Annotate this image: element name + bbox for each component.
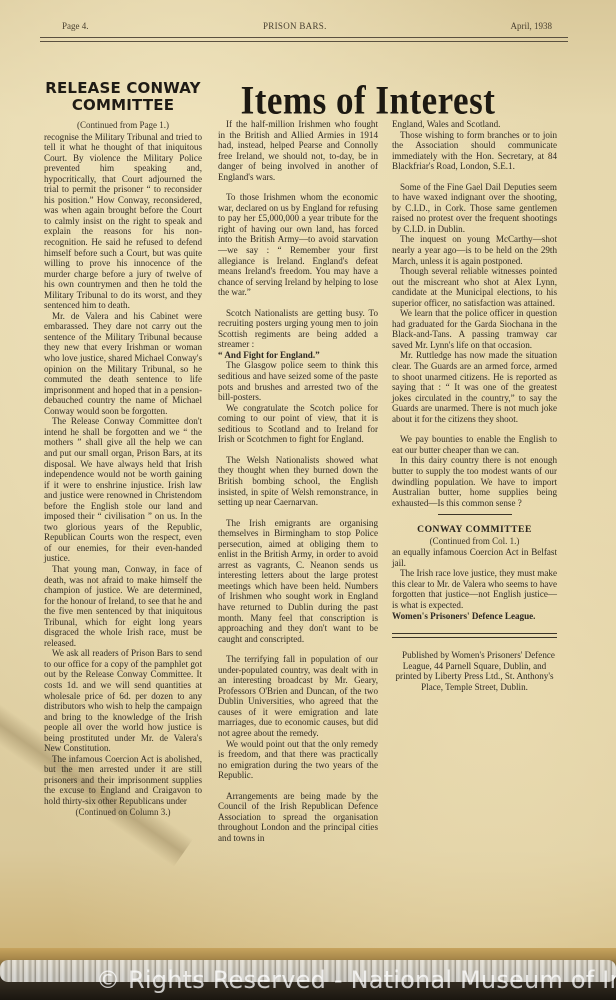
paragraph: We learn that the police officer in ques… (392, 308, 557, 350)
printer-imprint: Published by Women's Prisoners' Defence … (392, 650, 557, 692)
paragraph: The Release Conway Committee don't inten… (44, 416, 202, 564)
paragraph: The Irish emigrants are organising thems… (218, 518, 378, 645)
continued-on-note: (Continued on Column 3.) (44, 807, 202, 818)
column-2: If the half-million Irishmen who fought … (218, 119, 378, 843)
paragraph: Some of the Fine Gael Dail Deputies seem… (392, 182, 557, 235)
paragraph: The Irish race love justice, they must m… (392, 568, 557, 610)
paragraph: That young man, Conway, in face of death… (44, 564, 202, 648)
continuation-headline: CONWAY COMMITTEE (392, 525, 557, 536)
paragraph: Scotch Nationalists are getting busy. To… (218, 308, 378, 350)
column-1: (Continued from Page 1.) recognise the M… (44, 120, 202, 818)
paragraph: In this dairy country there is not enoug… (392, 455, 557, 508)
paragraph: We would point out that the only remedy … (218, 739, 378, 781)
paragraph: We pay bounties to enable the English to… (392, 434, 557, 455)
issue-date: April, 1938 (511, 21, 553, 31)
running-head: Page 4. PRISON BARS. April, 1938 (40, 21, 560, 35)
continued-from-note: (Continued from Page 1.) (44, 120, 202, 131)
column-3: England, Wales and Scotland. Those wishi… (392, 119, 557, 692)
main-article-headline: Items of Interest (218, 80, 518, 121)
paragraph: The inquest on young McCarthy—shot nearl… (392, 234, 557, 266)
paragraph: To those Irishmen whom the economic war,… (218, 192, 378, 297)
paragraph: England, Wales and Scotland. (392, 119, 557, 130)
imprint-divider (392, 633, 557, 638)
paragraph: Mr. de Valera and his Cabinet were embar… (44, 311, 202, 416)
paragraph: If the half-million Irishmen who fought … (218, 119, 378, 182)
paragraph: The terrifying fall in population of our… (218, 654, 378, 738)
section-divider (438, 514, 512, 515)
publication-title: PRISON BARS. (263, 21, 327, 31)
paragraph: The Glasgow police seem to think this se… (218, 360, 378, 402)
paragraph: The infamous Coercion Act is abolished, … (44, 754, 202, 807)
paragraph: an equally infamous Coercion Act in Belf… (392, 547, 557, 568)
paragraph: recognise the Military Tribunal and trie… (44, 132, 202, 311)
continued-from-note: (Continued from Col. 1.) (392, 536, 557, 547)
paragraph: Those wishing to form branches or to joi… (392, 130, 557, 172)
paragraph: Mr. Ruttledge has now made the situation… (392, 350, 557, 424)
copyright-watermark: © Rights Reserved - National Museum of I… (0, 966, 616, 994)
left-article-headline: RELEASE CONWAY COMMITTEE (44, 80, 202, 114)
paragraph: Arrangements are being made by the Counc… (218, 791, 378, 844)
signature: Women's Prisoners' Defence League. (392, 611, 557, 622)
paragraph: We ask all readers of Prison Bars to sen… (44, 648, 202, 753)
page-number: Page 4. (62, 21, 89, 31)
paragraph: We congratulate the Scotch police for co… (218, 403, 378, 445)
paragraph: Though several reliable witnesses pointe… (392, 266, 557, 308)
paragraph: The Welsh Nationalists showed what they … (218, 455, 378, 508)
header-double-rule (40, 37, 568, 42)
streamer-quote: “ And Fight for England.” (218, 350, 378, 361)
